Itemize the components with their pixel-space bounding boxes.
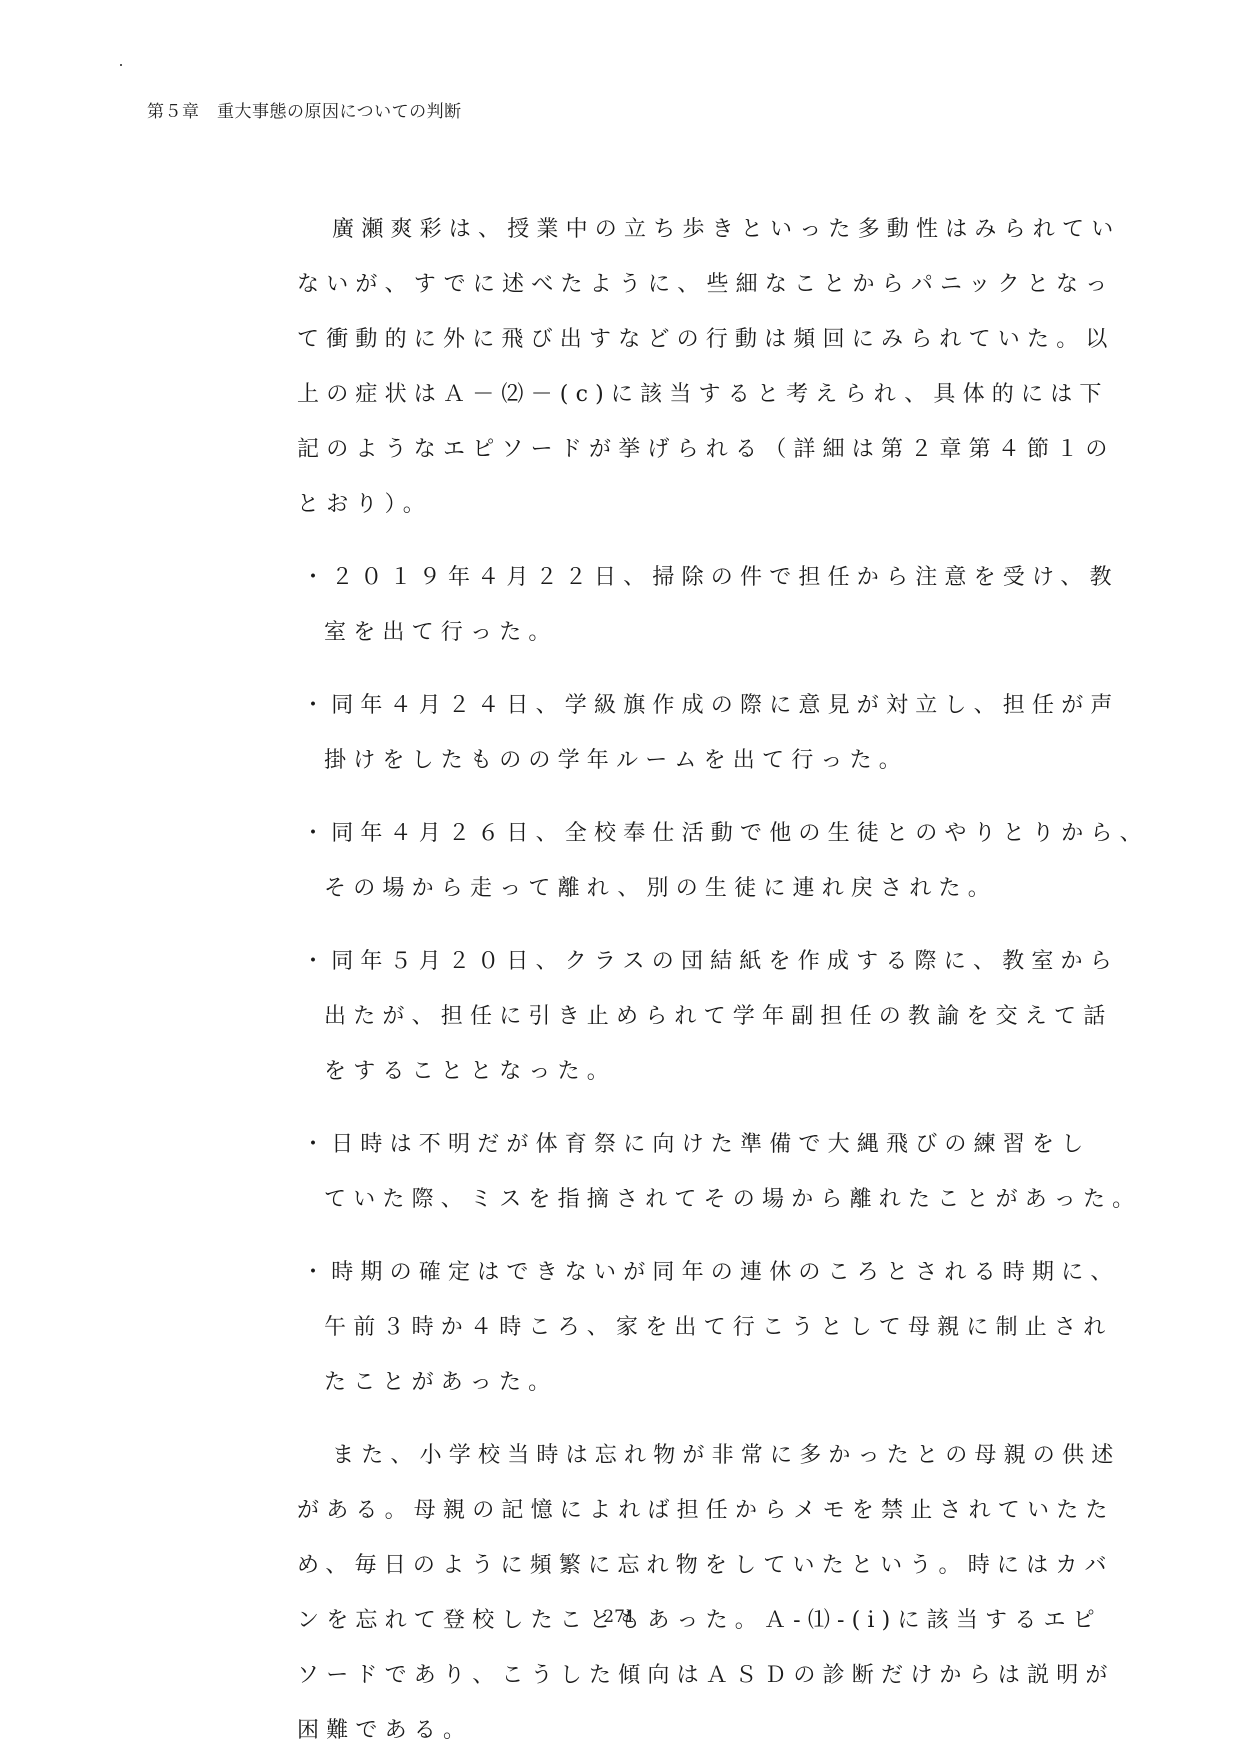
- bullet-item: ・同年４月２６日、全校奉仕活動で他の生徒とのやりとりから、 その場から走って離れ…: [302, 806, 1062, 916]
- running-header: 第５章 重大事態の原因についての判断: [147, 97, 462, 122]
- intro-paragraph: 廣瀬爽彩は、授業中の立ち歩きといった多動性はみられてい ないが、すでに述べたよう…: [302, 202, 1062, 532]
- body-text: 廣瀬爽彩は、授業中の立ち歩きといった多動性はみられてい ないが、すでに述べたよう…: [302, 202, 1062, 1754]
- text-line: ソードであり、こうした傾向はＡＳＤの診断だけからは説明が: [297, 1648, 1062, 1703]
- bullet-continuation: その場から走って離れ、別の生徒に連れ戻された。: [302, 861, 1062, 916]
- bullet-marker: ・: [302, 693, 331, 718]
- bullet-first-line: ・同年４月２６日、全校奉仕活動で他の生徒とのやりとりから、: [302, 806, 1062, 861]
- text-line: て衝動的に外に飛び出すなどの行動は頻回にみられていた。以: [297, 312, 1062, 367]
- text-line: また、小学校当時は忘れ物が非常に多かったとの母親の供述: [302, 1428, 1062, 1483]
- text-line: 上の症状はＡ－⑵－(c)に該当すると考えられ、具体的には下: [297, 367, 1062, 422]
- text-line: め、毎日のように頻繁に忘れ物をしていたという。時にはカバ: [297, 1538, 1062, 1593]
- bullet-continuation: たことがあった。: [302, 1355, 1062, 1410]
- bullet-first-line: ・同年５月２０日、クラスの団結紙を作成する際に、教室から: [302, 934, 1062, 989]
- bullet-marker: ・: [302, 949, 331, 974]
- bullet-marker: ・: [302, 1132, 331, 1157]
- bullet-first-line: ・日時は不明だが体育祭に向けた準備で大縄飛びの練習をし: [302, 1117, 1062, 1172]
- bullet-continuation: 室を出て行った。: [302, 605, 1062, 660]
- closing-paragraph: また、小学校当時は忘れ物が非常に多かったとの母親の供述 がある。母親の記憶によれ…: [302, 1428, 1062, 1754]
- bullet-first-line: ・２０１９年４月２２日、掃除の件で担任から注意を受け、教: [302, 550, 1062, 605]
- bullet-continuation: 出たが、担任に引き止められて学年副担任の教諭を交えて話: [302, 989, 1062, 1044]
- page-number: 271: [0, 1607, 1239, 1627]
- bullet-item: ・同年４月２４日、学級旗作成の際に意見が対立し、担任が声 掛けをしたものの学年ル…: [302, 678, 1062, 788]
- bullet-item: ・２０１９年４月２２日、掃除の件で担任から注意を受け、教 室を出て行った。: [302, 550, 1062, 660]
- scan-speck: [120, 64, 122, 66]
- bullet-item: ・同年５月２０日、クラスの団結紙を作成する際に、教室から 出たが、担任に引き止め…: [302, 934, 1062, 1099]
- bullet-continuation: ていた際、ミスを指摘されてその場から離れたことがあった。: [302, 1172, 1062, 1227]
- text-line: ないが、すでに述べたように、些細なことからパニックとなっ: [297, 257, 1062, 312]
- text-line: 廣瀬爽彩は、授業中の立ち歩きといった多動性はみられてい: [302, 202, 1062, 257]
- text-line: 困難である。: [297, 1703, 1062, 1754]
- bullet-marker: ・: [302, 565, 331, 590]
- bullet-item: ・時期の確定はできないが同年の連休のころとされる時期に、 午前３時か４時ころ、家…: [302, 1245, 1062, 1410]
- text-line: 記のようなエピソードが挙げられる（詳細は第２章第４節１の: [297, 422, 1062, 477]
- bullet-first-line: ・同年４月２４日、学級旗作成の際に意見が対立し、担任が声: [302, 678, 1062, 733]
- bullet-marker: ・: [302, 1260, 331, 1285]
- bullet-first-line: ・時期の確定はできないが同年の連休のころとされる時期に、: [302, 1245, 1062, 1300]
- bullet-item: ・日時は不明だが体育祭に向けた準備で大縄飛びの練習をし ていた際、ミスを指摘され…: [302, 1117, 1062, 1227]
- bullet-continuation: をすることとなった。: [302, 1044, 1062, 1099]
- bullet-continuation: 掛けをしたものの学年ルームを出て行った。: [302, 733, 1062, 788]
- text-line: がある。母親の記憶によれば担任からメモを禁止されていたた: [297, 1483, 1062, 1538]
- text-line: とおり）。: [297, 477, 1062, 532]
- bullet-marker: ・: [302, 821, 331, 846]
- bullet-continuation: 午前３時か４時ころ、家を出て行こうとして母親に制止され: [302, 1300, 1062, 1355]
